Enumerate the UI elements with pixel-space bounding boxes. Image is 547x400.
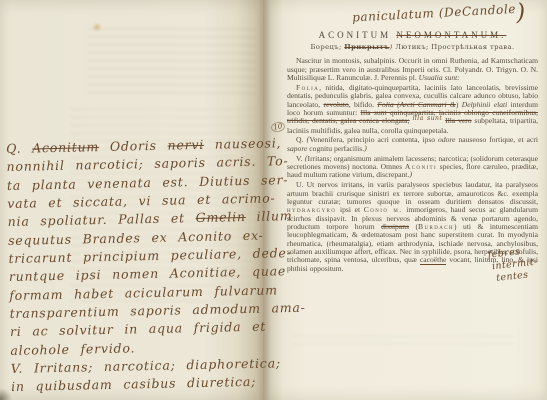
text-segment: ) (364, 144, 367, 153)
text-segment: Odoris (99, 138, 168, 154)
text-segment: illa sunt (412, 115, 442, 122)
text-segment: sapore (287, 144, 307, 153)
paragraph-folia: Folia, nitida, digitato-quinquepartita, … (287, 84, 538, 135)
text-segment: ) (516, 0, 527, 26)
book-photo: Q. Aconitum Odoris nervi nauseosi,nonnih… (0, 0, 547, 400)
text-segment: Gmelin (196, 209, 246, 225)
paragraph-qualitas: Q. (Venenifera, principio acri contenta,… (287, 136, 538, 153)
text-segment: cognitu perfacilis. (307, 144, 364, 153)
text-segment: odore (438, 135, 455, 144)
text-segment: Q. (6, 140, 32, 156)
paragraph-habitat: Nascitur in montosis, subalpinis. Occuri… (287, 57, 538, 82)
text-segment: nauseoso fortique, et acri (455, 135, 538, 144)
ink-bleedthrough (293, 335, 513, 349)
text-segment: nervi (167, 137, 204, 153)
text-segment: Usualia sunt: (419, 73, 460, 82)
text-segment: nia spoliatur. Pallas et (8, 210, 196, 229)
text-segment: Nascitur in montosis, subalpinis. Occuri… (287, 56, 538, 82)
manuscript-notes: Q. Aconitum Odoris nervi nauseosi,nonnih… (6, 134, 289, 397)
text-segment: ACONITUM (319, 30, 397, 40)
text-segment: in quibusdam casibus diuretica; (11, 374, 256, 394)
text-segment: alcohole fervido. (10, 340, 135, 358)
paragraph-vires: V. (Irritans; organismum animalem lacess… (287, 155, 538, 180)
text-segment: Illa vero (445, 116, 471, 125)
text-segment: cacoëthe (420, 255, 447, 265)
printed-text-column: ACONITUM NEOMONTANUM. Борецъ; Прикрытъ) … (287, 30, 538, 274)
margin-note-febres: febres intermit- tentes (487, 245, 539, 286)
text-segment: ) (409, 170, 412, 179)
text-segment: Прикрытъ (344, 43, 389, 51)
corner-smudge (0, 388, 12, 400)
text-segment: nauseosi, (204, 135, 282, 152)
synonyms-line: Борецъ; Прикрытъ) Лютикъ; Прострѣльная т… (287, 43, 538, 51)
text-segment: illum (246, 208, 293, 224)
paper-stain (93, 22, 101, 32)
text-segment: Aconitum (32, 139, 99, 155)
page-title: ACONITUM NEOMONTANUM. (287, 30, 538, 41)
text-segment: U. Ut nervos irritans, in variis paralys… (287, 180, 538, 206)
text-segment: ri ac solvitur in aqua frigida et (10, 319, 266, 339)
text-segment: Борецъ; (310, 43, 344, 51)
text-segment: Лютикъ; Прострѣльная трава. (393, 43, 515, 51)
text-segment: NEOMONTANUM. (396, 30, 506, 40)
ink-bleedthrough (88, 28, 256, 98)
